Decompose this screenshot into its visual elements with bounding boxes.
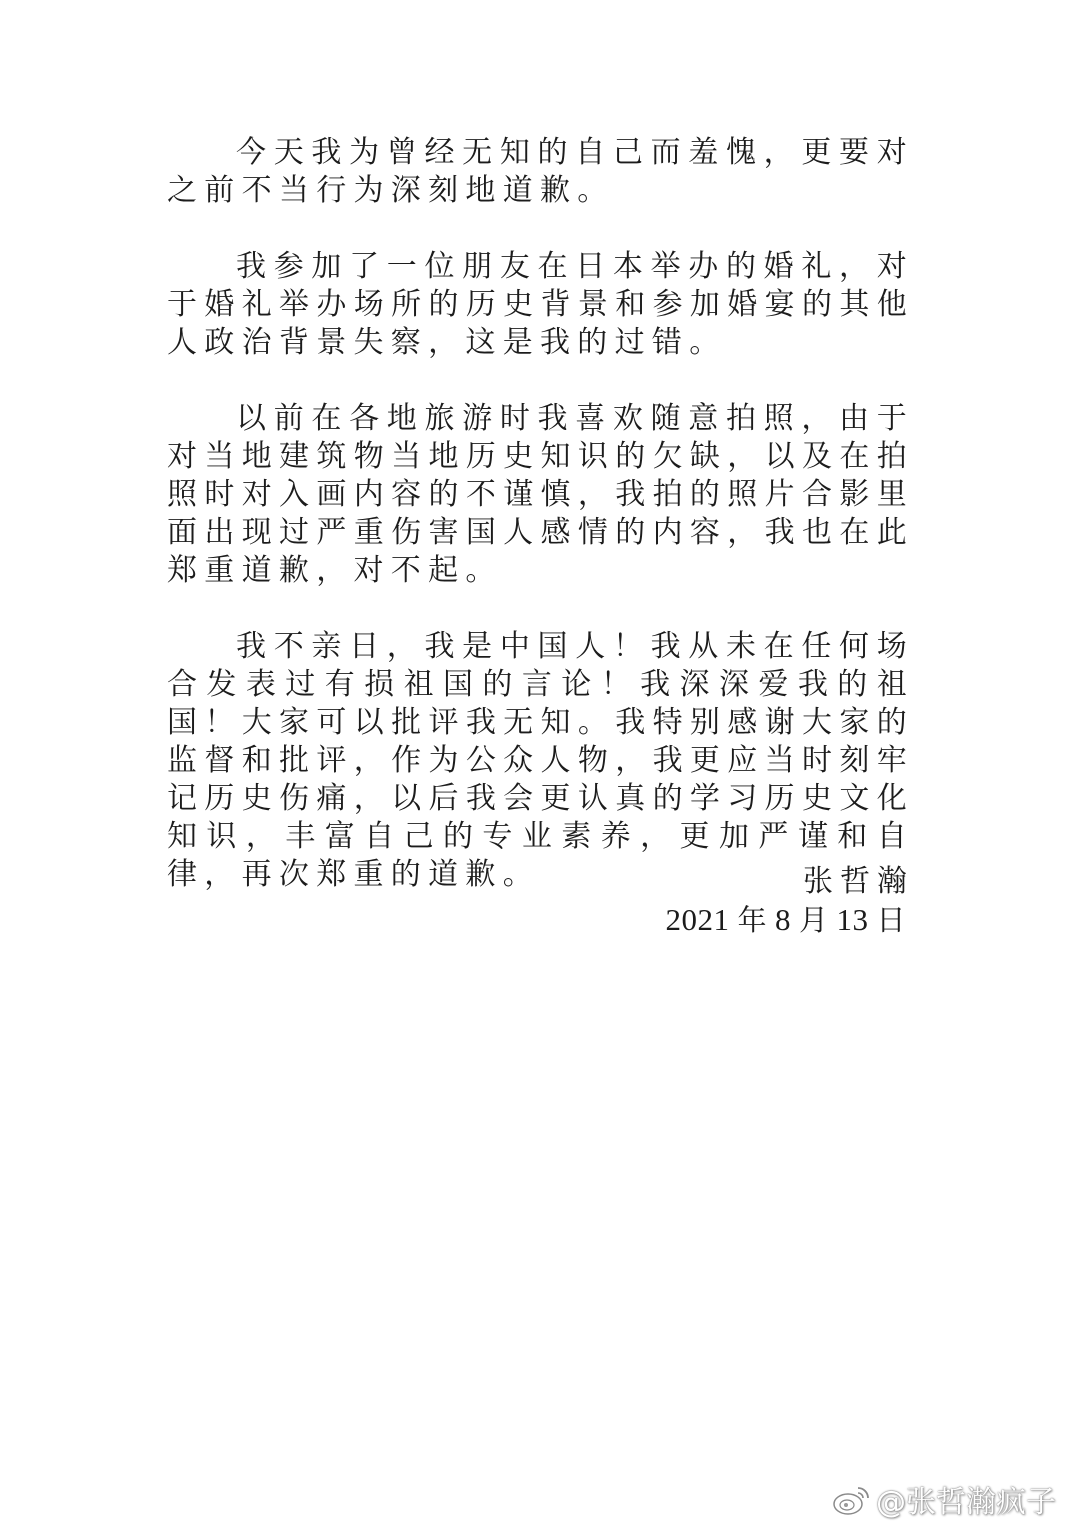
watermark-handle: @张哲瀚疯子	[876, 1477, 1056, 1521]
paragraph-4: 我不亲日，我是中国人！我从未在任何场合发表过有损祖国的言论！我深深爱我的祖国！大…	[167, 628, 914, 894]
date-month-unit: 月	[799, 903, 829, 937]
date-day-unit: 日	[876, 903, 906, 937]
weibo-logo-icon	[832, 1482, 872, 1516]
paragraph-1: 今天我为曾经无知的自己而羞愧，更要对之前不当行为深刻地道歉。	[167, 134, 914, 210]
paragraph-2: 我参加了一位朋友在日本举办的婚礼，对于婚礼举办场所的历史背景和参加婚宴的其他人政…	[167, 248, 914, 362]
signature-name: 张哲瀚	[665, 863, 914, 901]
document-page: 今天我为曾经无知的自己而羞愧，更要对之前不当行为深刻地道歉。 我参加了一位朋友在…	[0, 0, 1080, 1529]
date-day: 13	[836, 902, 868, 937]
date-month: 8	[775, 902, 791, 937]
signature-date: 2021年8月13日	[665, 901, 914, 939]
signature-block: 张哲瀚 2021年8月13日	[665, 863, 914, 939]
apology-letter-body: 今天我为曾经无知的自己而羞愧，更要对之前不当行为深刻地道歉。 我参加了一位朋友在…	[167, 134, 914, 932]
paragraph-3: 以前在各地旅游时我喜欢随意拍照，由于对当地建筑物当地历史知识的欠缺，以及在拍照时…	[167, 400, 914, 590]
date-year-unit: 年	[737, 903, 767, 937]
weibo-watermark: @张哲瀚疯子	[832, 1477, 1056, 1521]
date-year: 2021	[665, 902, 729, 937]
